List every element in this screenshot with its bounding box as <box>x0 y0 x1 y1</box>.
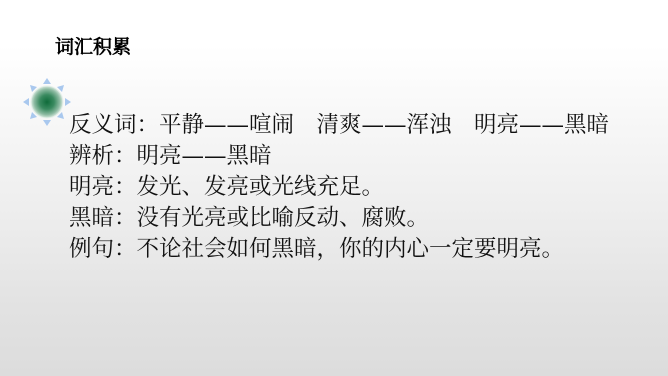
definition-bright-paragraph: 明亮：发光、发亮或光线充足。 <box>55 172 635 203</box>
example-sentence-paragraph: 例句：不论社会如何黑暗，你的内心一定要明亮。 <box>55 234 635 265</box>
slide: 词汇积累 反义词：平静——喧闹 清爽——浑浊 明亮——黑暗 辨析：明亮——黑暗 … <box>0 0 668 376</box>
definition-dark-paragraph: 黑暗：没有光亮或比喻反动、腐败。 <box>55 203 635 234</box>
slide-body: 反义词：平静——喧闹 清爽——浑浊 明亮——黑暗 辨析：明亮——黑暗 明亮：发光… <box>55 110 635 265</box>
slide-title: 词汇积累 <box>55 35 131 59</box>
antonym-paragraph: 反义词：平静——喧闹 清爽——浑浊 明亮——黑暗 <box>55 110 635 141</box>
analysis-paragraph: 辨析：明亮——黑暗 <box>55 141 635 172</box>
